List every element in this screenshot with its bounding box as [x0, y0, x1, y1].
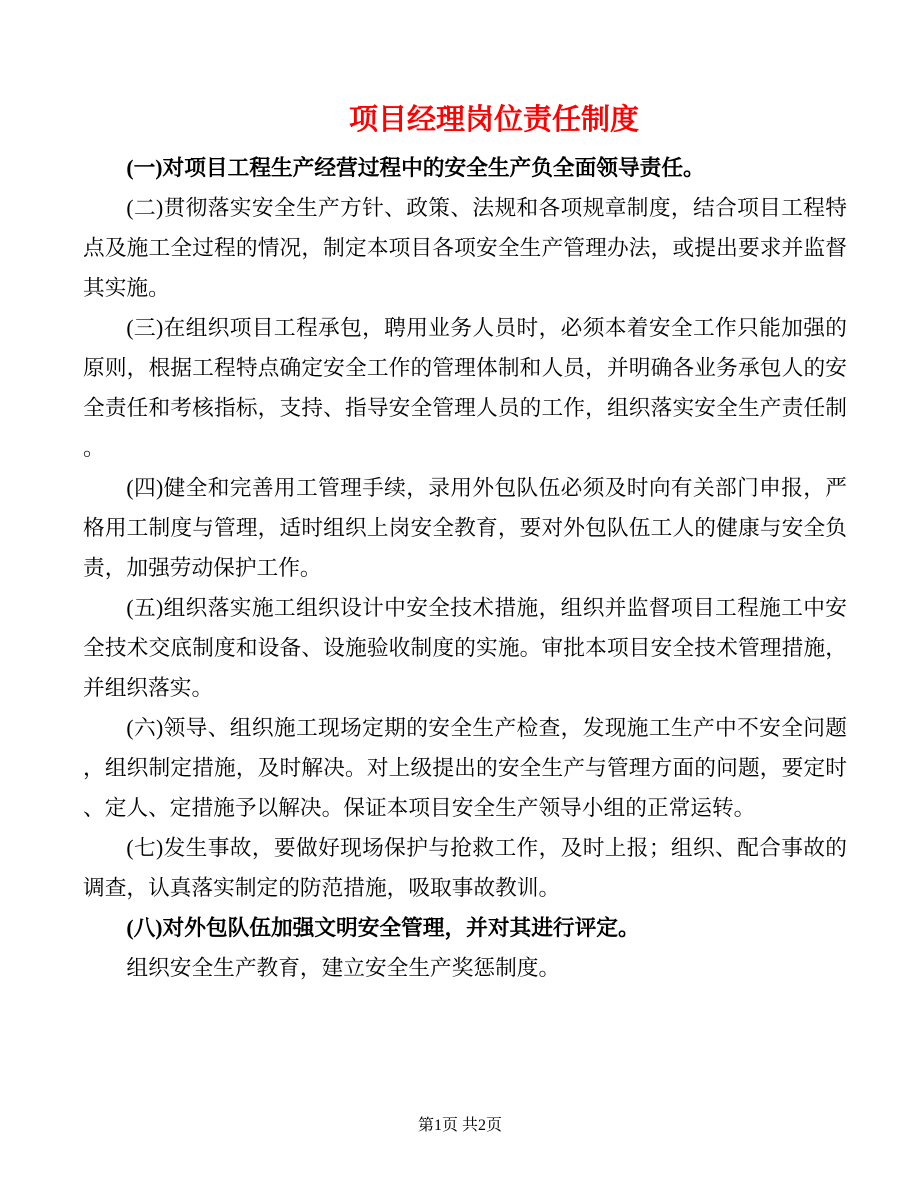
document-page: 项目经理岗位责任制度 (一)对项目工程生产经营过程中的安全生产负全面领导责任。(…	[83, 0, 847, 988]
document-title: 项目经理岗位责任制度	[83, 101, 847, 139]
paragraph: (四)健全和完善用工管理手续，录用外包队伍必须及时向有关部门申报，严格用工制度与…	[83, 468, 847, 588]
paragraph: (五)组织落实施工组织设计中安全技术措施，组织并监督项目工程施工中安全技术交底制…	[83, 588, 847, 708]
paragraph-list: (一)对项目工程生产经营过程中的安全生产负全面领导责任。(二)贯彻落实安全生产方…	[83, 148, 847, 988]
page-number-indicator: 第1页 共2页	[418, 1117, 502, 1134]
page-footer: 第1页 共2页	[0, 1116, 920, 1135]
paragraph: 组织安全生产教育，建立安全生产奖惩制度。	[83, 948, 847, 988]
paragraph: (七)发生事故，要做好现场保护与抢救工作，及时上报；组织、配合事故的调查，认真落…	[83, 828, 847, 908]
paragraph: (二)贯彻落实安全生产方针、政策、法规和各项规章制度，结合项目工程特点及施工全过…	[83, 188, 847, 308]
paragraph: (六)领导、组织施工现场定期的安全生产检查，发现施工生产中不安全问题，组织制定措…	[83, 708, 847, 828]
paragraph: (一)对项目工程生产经营过程中的安全生产负全面领导责任。	[83, 148, 847, 188]
paragraph: (八)对外包队伍加强文明安全管理，并对其进行评定。	[83, 908, 847, 948]
paragraph: (三)在组织项目工程承包，聘用业务人员时，必须本着安全工作只能加强的原则，根据工…	[83, 308, 847, 468]
